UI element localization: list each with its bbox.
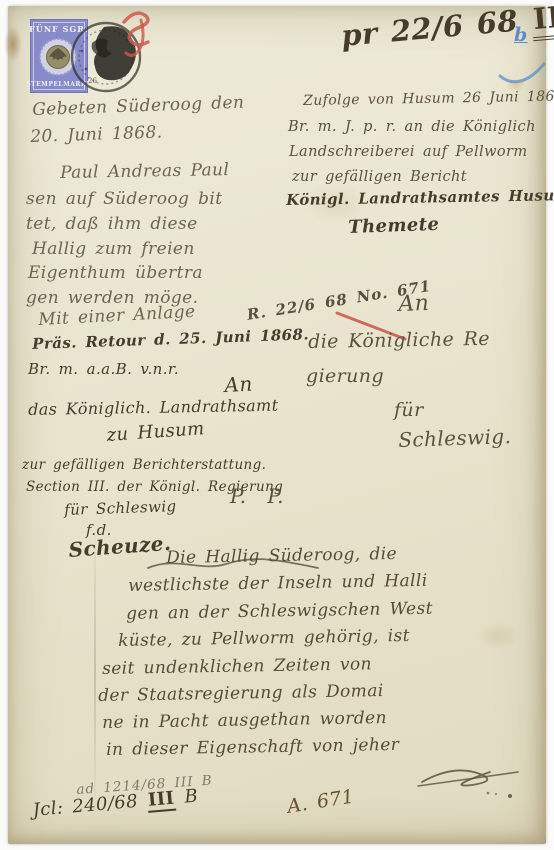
- official-signature: Themete: [348, 216, 440, 237]
- disposal-note-line: Zufolge von Husum 26 Juni 1868: [303, 89, 554, 108]
- summary-line: Paul Andreas Paul: [60, 162, 229, 182]
- foxing-spot: [476, 622, 520, 650]
- body-line: in dieser Eigenschaft von jeher: [106, 737, 399, 759]
- forwarding-place: zu Husum: [106, 420, 205, 445]
- disposal-note-line: Königl. Landrathsamtes Husum: [286, 188, 554, 208]
- summary-line: Eigenthum übertra: [28, 265, 203, 282]
- summary-line: Hallig zum freien: [32, 241, 195, 258]
- body-line: seit undenklichen Zeiten von: [102, 656, 372, 678]
- section-roman-numeral: III: [530, 0, 554, 41]
- journal-number-prefix: Jcl: 240/68: [32, 791, 139, 821]
- journal-number: Jcl: 240/68 III B: [32, 788, 199, 820]
- forwarding-line: das Königlich. Landrathsamt: [28, 398, 279, 418]
- body-line: Die Hallig Süderoog, die: [166, 546, 397, 567]
- address-line: gierung: [306, 367, 384, 386]
- summary-line: tet, daß ihm diese: [26, 216, 198, 233]
- paraph-flourish: [414, 760, 526, 796]
- presentation-date: pr 22/6 68: [340, 4, 520, 53]
- file-number: A. 671: [286, 787, 356, 816]
- disposal-note-line: Landschreiberei auf Pellworm: [289, 145, 528, 160]
- registry-line: Präs. Retour d. 25. Juni 1868.: [32, 327, 309, 352]
- body-line: küste, zu Pellworm gehörig, ist: [118, 628, 410, 650]
- blue-pencil-mark: b: [514, 26, 528, 45]
- salutation: P. P.: [230, 486, 284, 506]
- disposal-note-line: Br. m. J. p. r. an die Königlich: [288, 120, 536, 135]
- scan-background: FÜNF SGR: STEMPELMARKE 26 pr 22/6 68 III…: [0, 0, 554, 850]
- address-place: Schleswig.: [398, 426, 512, 450]
- letter-dateline: 20. Juni 1868.: [30, 124, 163, 146]
- forwarding-line: für Schleswig: [64, 499, 177, 518]
- blue-check-stroke: [496, 56, 548, 90]
- postmark-day: 26: [88, 77, 97, 85]
- registry-line: Br. m. a.a.B. v.n.r.: [28, 362, 179, 377]
- disposal-note-line: zur gefälligen Bericht: [292, 170, 467, 185]
- red-crayon-mark: [108, 6, 160, 64]
- body-line: gen an der Schleswigschen West: [126, 601, 433, 623]
- address-line: die Königliche Re: [308, 330, 490, 352]
- letter-dateline: Gebeten Süderoog den: [32, 95, 245, 119]
- journal-number-suffix: B: [184, 786, 199, 808]
- address-an: An: [398, 293, 430, 316]
- forwarding-an: An: [224, 374, 253, 395]
- summary-line: sen auf Süderoog bit: [26, 191, 223, 208]
- body-line: ne in Pacht ausgethan worden: [102, 710, 387, 732]
- address-line: für: [394, 401, 424, 420]
- document-paper: FÜNF SGR: STEMPELMARKE 26 pr 22/6 68 III…: [8, 6, 546, 844]
- forwarding-line: zur gefälligen Berichterstattung.: [22, 459, 266, 473]
- paper-crease: [94, 524, 96, 816]
- journal-roman-numeral: III: [146, 788, 176, 813]
- edge-smudge: [4, 26, 22, 62]
- body-line: westlichste der Inseln und Halli: [128, 573, 428, 595]
- body-line: der Staatsregierung als Domai: [98, 683, 384, 705]
